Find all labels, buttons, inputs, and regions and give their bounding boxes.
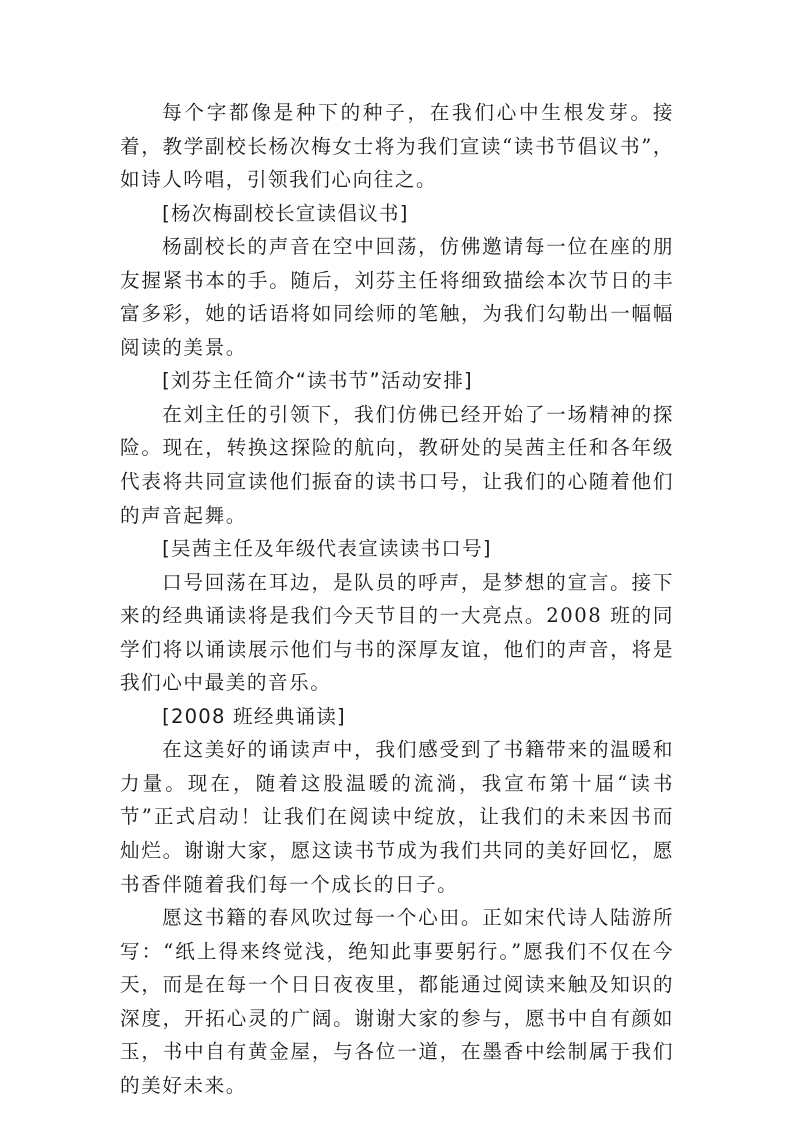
paragraph-4: 口号回荡在耳边，是队员的呼声，是梦想的宣言。接下来的经典诵读将是我们今天节目的一… [120,566,674,700]
paragraph-3: 在刘主任的引领下，我们仿佛已经开始了一场精神的探险。现在，转换这探险的航向，教研… [120,398,674,532]
stage-direction-1: [杨次梅副校长宣读倡议书] [120,197,674,231]
paragraph-2: 杨副校长的声音在空中回荡，仿佛邀请每一位在座的朋友握紧书本的手。随后，刘芬主任将… [120,230,674,364]
paragraph-5: 在这美好的诵读声中，我们感受到了书籍带来的温暖和力量。现在，随着这股温暖的流淌，… [120,733,674,901]
document-page: 每个字都像是种下的种子，在我们心中生根发芽。接着，教学副校长杨次梅女士将为我们宣… [120,96,674,1102]
stage-direction-2: [刘芬主任简介“读书节”活动安排] [120,364,674,398]
stage-direction-4: [2008 班经典诵读] [120,700,674,734]
paragraph-1: 每个字都像是种下的种子，在我们心中生根发芽。接着，教学副校长杨次梅女士将为我们宣… [120,96,674,197]
stage-direction-3: [吴茜主任及年级代表宣读读书口号] [120,532,674,566]
paragraph-6: 愿这书籍的春风吹过每一个心田。正如宋代诗人陆游所写：“纸上得来终觉浅，绝知此事要… [120,901,674,1102]
